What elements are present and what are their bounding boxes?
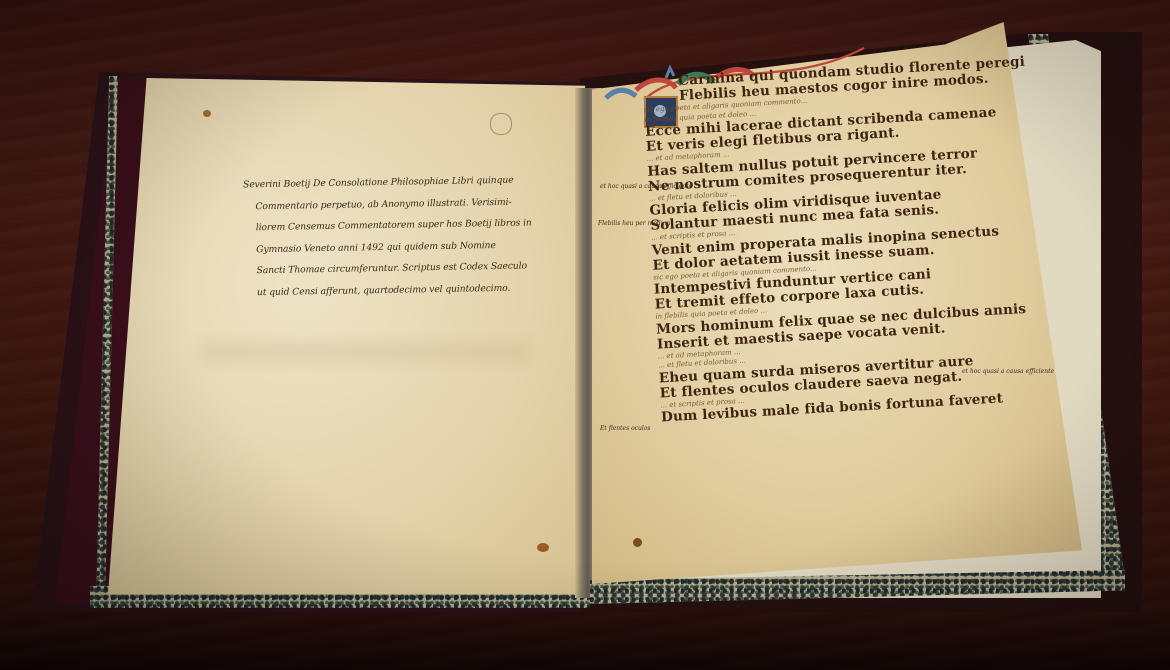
handwritten-note: Severini Boetij De Consolatione Philosop…: [243, 170, 520, 304]
margin-note: et hoc quasi a causa efficiente: [600, 183, 692, 191]
ink-spot: [537, 543, 549, 552]
manuscript-text: Carmina qui quondam studio florente pere…: [642, 59, 971, 426]
ink-spot: [633, 538, 642, 547]
left-page: [108, 78, 590, 594]
margin-note: Flebilis heu per modum: [598, 220, 670, 228]
page-stain: [200, 342, 530, 362]
margin-note: et hoc quasi a causa efficiente: [962, 368, 1054, 376]
library-stamp: [490, 113, 512, 135]
ink-spot: [203, 110, 211, 117]
margin-note: Et flentes oculos: [600, 425, 651, 433]
